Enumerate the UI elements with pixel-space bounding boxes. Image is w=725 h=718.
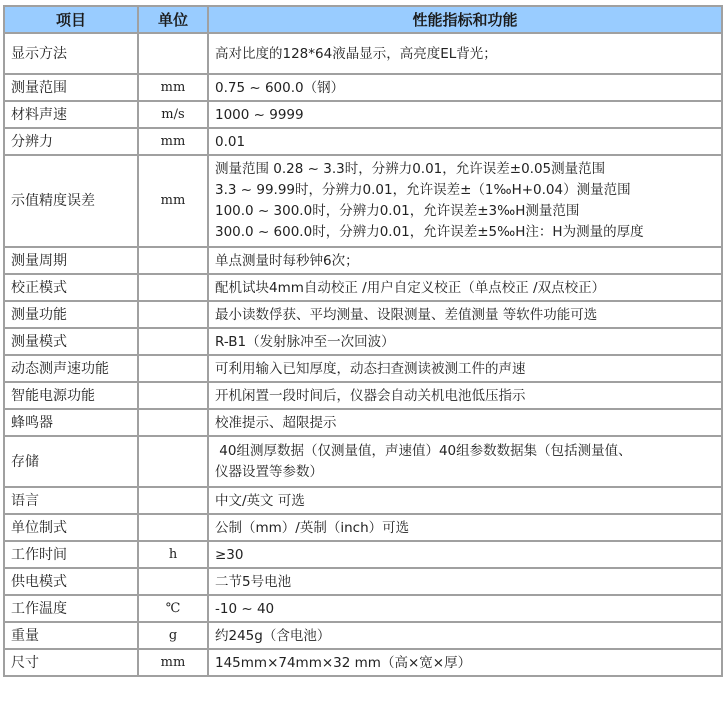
row-unit (138, 568, 208, 595)
row-unit (138, 247, 208, 274)
table-row: 重量 g 约245g（含电池） (4, 622, 722, 649)
table-row: 工作温度 ℃ -10 ~ 40 (4, 595, 722, 622)
row-unit (138, 514, 208, 541)
row-unit (138, 487, 208, 514)
row-item: 智能电源功能 (4, 382, 138, 409)
row-value: R-B1（发射脉冲至一次回波） (208, 328, 722, 355)
row-value: 145mm×74mm×32 mm（高×宽×厚） (208, 649, 722, 676)
table-row: 智能电源功能 开机闲置一段时间后，仪器会自动关机电池低压指示 (4, 382, 722, 409)
row-item: 显示方法 (4, 33, 138, 74)
table-row: 尺寸 mm 145mm×74mm×32 mm（高×宽×厚） (4, 649, 722, 676)
row-item: 存储 (4, 436, 138, 487)
row-item: 工作时间 (4, 541, 138, 568)
row-unit (138, 409, 208, 436)
row-value: 开机闲置一段时间后，仪器会自动关机电池低压指示 (208, 382, 722, 409)
row-value: ≥30 (208, 541, 722, 568)
header-spec: 性能指标和功能 (208, 6, 722, 33)
row-value: 1000 ~ 9999 (208, 101, 722, 128)
row-item: 校正模式 (4, 274, 138, 301)
table-row: 材料声速 m/s 1000 ~ 9999 (4, 101, 722, 128)
row-item: 测量功能 (4, 301, 138, 328)
header-row: 项目 单位 性能指标和功能 (4, 6, 722, 33)
row-value: 单点测量时每秒钟6次； (208, 247, 722, 274)
row-value: 公制（mm）/英制（inch）可选 (208, 514, 722, 541)
spec-table: 项目 单位 性能指标和功能 显示方法 高对比度的128*64液晶显示，高亮度EL… (3, 5, 723, 677)
row-value: 0.01 (208, 128, 722, 155)
table-row: 测量模式 R-B1（发射脉冲至一次回波） (4, 328, 722, 355)
row-item: 语言 (4, 487, 138, 514)
row-unit: h (138, 541, 208, 568)
row-item: 单位制式 (4, 514, 138, 541)
table-row: 分辨力 mm 0.01 (4, 128, 722, 155)
precision-line: 100.0 ~ 300.0时，分辨力0.01，允许误差±3‰H测量范围 (215, 201, 715, 222)
row-item: 重量 (4, 622, 138, 649)
row-unit: m/s (138, 101, 208, 128)
row-item: 测量模式 (4, 328, 138, 355)
table-row: 动态测声速功能 可利用输入已知厚度，动态扫查测读被测工件的声速 (4, 355, 722, 382)
row-unit (138, 355, 208, 382)
precision-line: 300.0 ~ 600.0时，分辨力0.01，允许误差±5‰H注：H为测量的厚度 (215, 222, 715, 243)
row-item: 蜂鸣器 (4, 409, 138, 436)
table-row: 校正模式 配机试块4mm自动校正 /用户自定义校正（单点校正 /双点校正） (4, 274, 722, 301)
row-item: 尺寸 (4, 649, 138, 676)
row-item: 测量周期 (4, 247, 138, 274)
table-row: 测量功能 最小读数俘获、平均测量、设限测量、差值测量 等软件功能可选 (4, 301, 722, 328)
header-unit: 单位 (138, 6, 208, 33)
row-value: 配机试块4mm自动校正 /用户自定义校正（单点校正 /双点校正） (208, 274, 722, 301)
table-row: 工作时间 h ≥30 (4, 541, 722, 568)
row-item: 动态测声速功能 (4, 355, 138, 382)
row-unit: g (138, 622, 208, 649)
row-value: 0.75 ~ 600.0（钢） (208, 74, 722, 101)
row-value: 测量范围 0.28 ~ 3.3时，分辨力0.01，允许误差±0.05测量范围 3… (208, 155, 722, 247)
precision-line: 3.3 ~ 99.99时，分辨力0.01，允许误差±（1‰H+0.04）测量范围 (215, 180, 715, 201)
row-unit (138, 436, 208, 487)
row-item: 材料声速 (4, 101, 138, 128)
table-row: 供电模式 二节5号电池 (4, 568, 722, 595)
row-unit: mm (138, 128, 208, 155)
row-value: 可利用输入已知厚度，动态扫查测读被测工件的声速 (208, 355, 722, 382)
row-value: 高对比度的128*64液晶显示，高亮度EL背光； (208, 33, 722, 74)
row-unit: mm (138, 649, 208, 676)
row-unit (138, 382, 208, 409)
table-row: 存储 40组测厚数据（仅测量值，声速值）40组参数数据集（包括测量值、 仪器设置… (4, 436, 722, 487)
header-item: 项目 (4, 6, 138, 33)
row-unit (138, 301, 208, 328)
row-value: 二节5号电池 (208, 568, 722, 595)
storage-line: 仪器设置等参数） (215, 462, 715, 483)
table-row: 测量周期 单点测量时每秒钟6次； (4, 247, 722, 274)
table-row: 示值精度误差 mm 测量范围 0.28 ~ 3.3时，分辨力0.01，允许误差±… (4, 155, 722, 247)
row-value: 最小读数俘获、平均测量、设限测量、差值测量 等软件功能可选 (208, 301, 722, 328)
row-value: 40组测厚数据（仅测量值，声速值）40组参数数据集（包括测量值、 仪器设置等参数… (208, 436, 722, 487)
table-row: 蜂鸣器 校准提示、超限提示 (4, 409, 722, 436)
precision-line: 测量范围 0.28 ~ 3.3时，分辨力0.01，允许误差±0.05测量范围 (215, 159, 715, 180)
row-unit (138, 33, 208, 74)
row-item: 示值精度误差 (4, 155, 138, 247)
row-unit (138, 328, 208, 355)
row-value: 约245g（含电池） (208, 622, 722, 649)
row-unit: ℃ (138, 595, 208, 622)
row-unit: mm (138, 74, 208, 101)
storage-line: 40组测厚数据（仅测量值，声速值）40组参数数据集（包括测量值、 (215, 441, 715, 462)
row-value: 中文/英文 可选 (208, 487, 722, 514)
row-item: 分辨力 (4, 128, 138, 155)
table-row: 单位制式 公制（mm）/英制（inch）可选 (4, 514, 722, 541)
row-value: -10 ~ 40 (208, 595, 722, 622)
row-unit (138, 274, 208, 301)
row-item: 供电模式 (4, 568, 138, 595)
row-value: 校准提示、超限提示 (208, 409, 722, 436)
row-item: 工作温度 (4, 595, 138, 622)
table-row: 语言 中文/英文 可选 (4, 487, 722, 514)
table-row: 测量范围 mm 0.75 ~ 600.0（钢） (4, 74, 722, 101)
table-row: 显示方法 高对比度的128*64液晶显示，高亮度EL背光； (4, 33, 722, 74)
row-item: 测量范围 (4, 74, 138, 101)
row-unit: mm (138, 155, 208, 247)
